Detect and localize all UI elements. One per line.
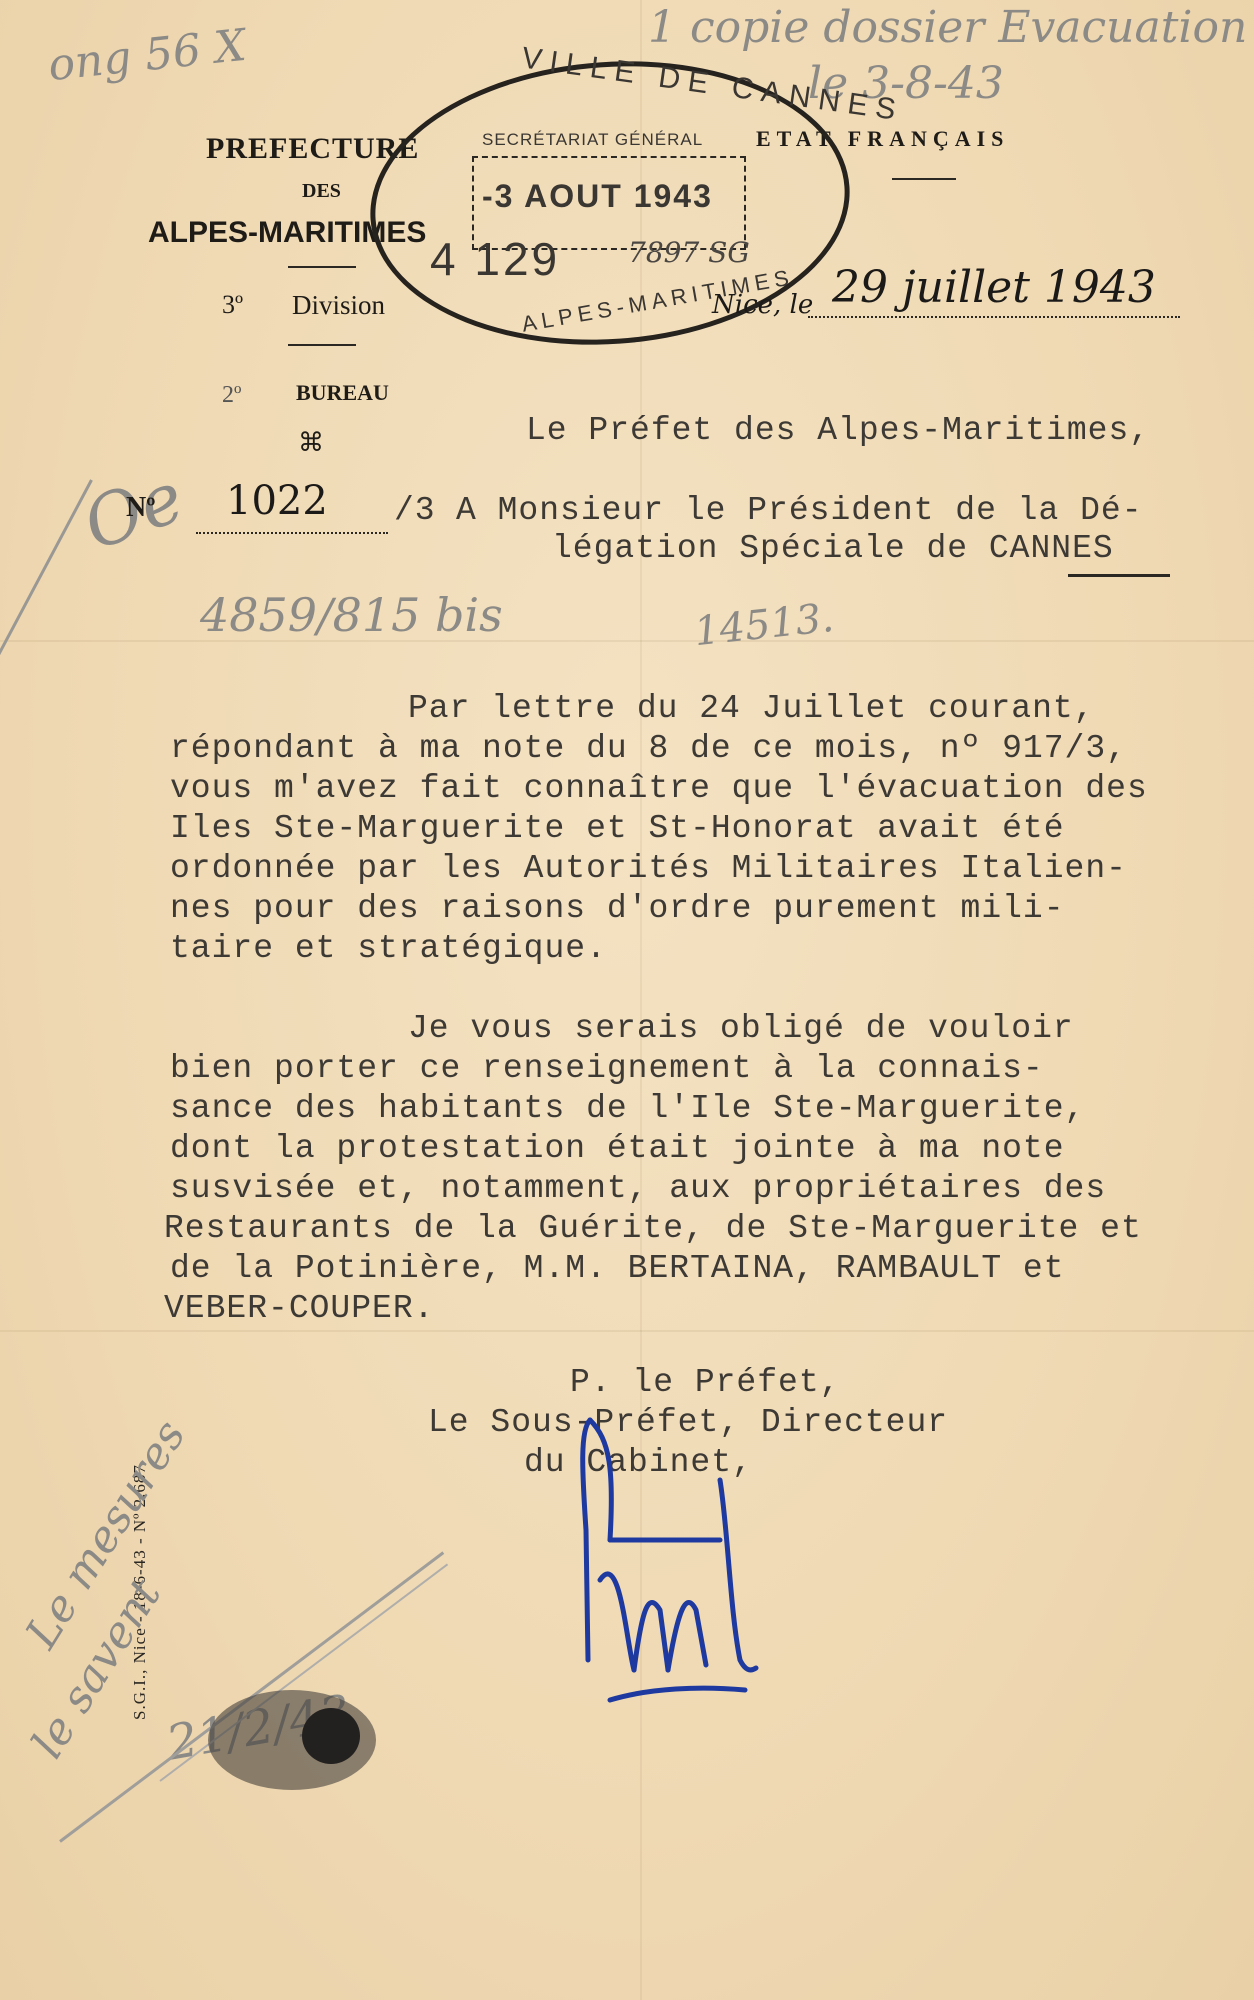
- body-line: dont la protestation était jointe à ma n…: [170, 1130, 1065, 1167]
- body-line: Iles Ste-Marguerite et St-Honorat avait …: [170, 810, 1065, 847]
- body-line: répondant à ma note du 8 de ce mois, nº …: [170, 730, 1127, 767]
- division-number: 3º: [222, 290, 243, 320]
- stamp-number-suffix: 7897 SG: [628, 236, 750, 269]
- reference-underline: [196, 532, 388, 534]
- body-line: de la Potinière, M.M. BERTAINA, RAMBAULT…: [170, 1250, 1065, 1287]
- ink-blot-core: [302, 1708, 360, 1764]
- recipient-line-2: légation Spéciale de CANNES: [552, 530, 1114, 567]
- stamp-number: 4 129: [430, 232, 560, 286]
- body-line: taire et stratégique.: [170, 930, 607, 967]
- dateline-dotted-line: [808, 316, 1180, 318]
- pencil-note-top-right-1: 1 copie dossier Evacuation: [648, 2, 1247, 53]
- body-line: susvisée et, notamment, aux propriétaire…: [170, 1170, 1106, 1207]
- body-line: sance des habitants de l'Ile Ste-Marguer…: [170, 1090, 1085, 1127]
- body-line: nes pour des raisons d'ordre purement mi…: [170, 890, 1065, 927]
- closing-line-1: P. le Préfet,: [570, 1364, 840, 1401]
- cannes-underline: [1068, 574, 1170, 577]
- reference-label: Nº: [126, 492, 155, 524]
- pencil-reference-left: 4859/815 bis: [200, 588, 503, 642]
- divider: [892, 178, 956, 180]
- ornament-icon: ⌘: [298, 428, 324, 458]
- letterhead-des: DES: [302, 180, 341, 203]
- body-line: vous m'avez fait connaître que l'évacuat…: [170, 770, 1148, 807]
- body-line: VEBER-COUPER.: [164, 1290, 434, 1327]
- body-line: Restaurants de la Guérite, de Ste-Margue…: [164, 1210, 1142, 1247]
- body-line: ordonnée par les Autorités Militaires It…: [170, 850, 1127, 887]
- divider: [288, 344, 356, 346]
- bureau-label: BUREAU: [296, 380, 389, 406]
- sender-line: Le Préfet des Alpes-Maritimes,: [526, 412, 1150, 449]
- reference-suffix: /3: [394, 492, 436, 529]
- body-line: Par lettre du 24 Juillet courant,: [408, 690, 1095, 727]
- fold-line: [0, 640, 1254, 642]
- recipient-line-1: A Monsieur le Président de la Dé-: [456, 492, 1143, 529]
- body-line: Je vous serais obligé de vouloir: [408, 1010, 1074, 1047]
- bureau-number: 2º: [222, 382, 241, 409]
- fold-line: [0, 1330, 1254, 1332]
- division-label: Division: [292, 290, 385, 321]
- dateline-place: Nice, le: [712, 290, 813, 320]
- reference-number: 1022: [226, 478, 328, 524]
- stamp-date: -3 AOUT 1943: [482, 178, 713, 215]
- dateline-date: 29 juillet 1943: [832, 262, 1156, 313]
- signature: [570, 1410, 770, 1720]
- stamp-secretariat: SECRÉTARIAT GÉNÉRAL: [482, 130, 703, 150]
- divider: [288, 266, 356, 268]
- body-line: bien porter ce renseignement à la connai…: [170, 1050, 1044, 1087]
